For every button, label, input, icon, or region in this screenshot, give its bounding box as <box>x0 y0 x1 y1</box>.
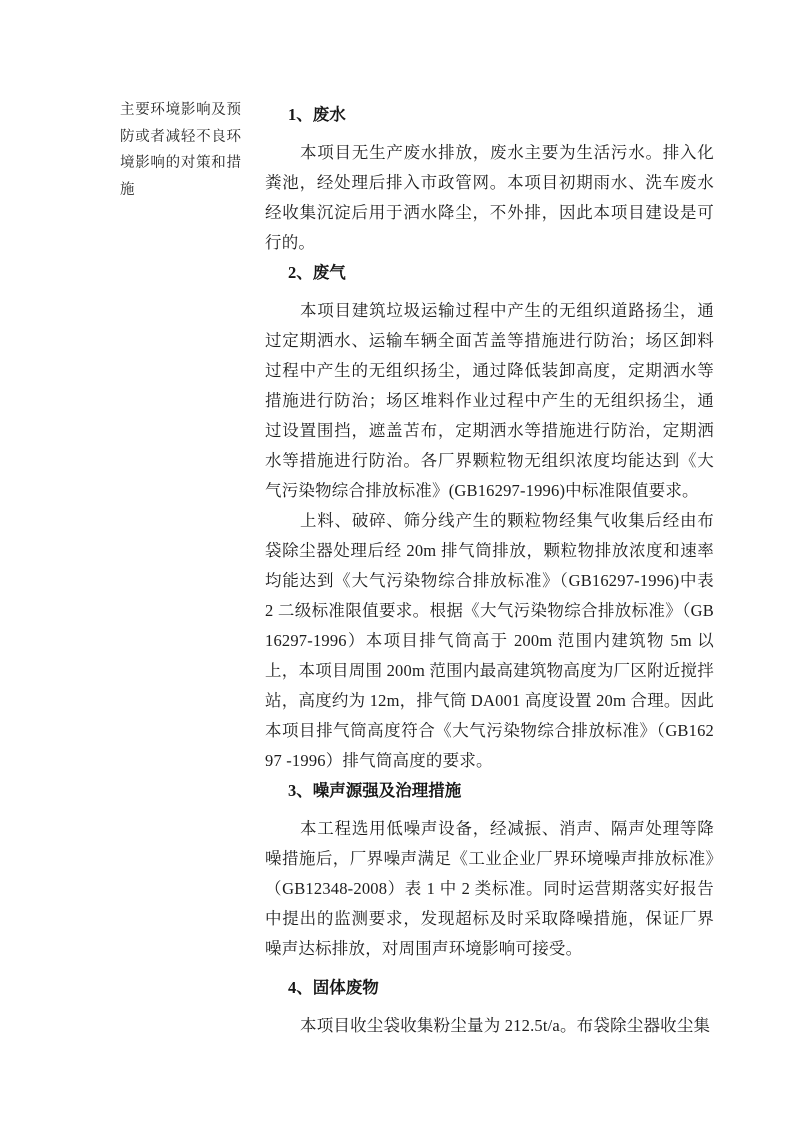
paragraph-noise-1: 本工程选用低噪声设备，经减振、消声、隔声处理等降噪措施后，厂界噪声满足《工业企业… <box>265 814 714 964</box>
section-heading-noise: 3、噪声源强及治理措施 <box>265 776 714 806</box>
section-heading-wastewater: 1、废水 <box>265 100 714 130</box>
paragraph-solid-waste-1: 本项目收尘袋收集粉尘量为 212.5t/a。布袋除尘器收尘集 <box>265 1011 714 1041</box>
paragraph-waste-gas-1: 本项目建筑垃圾运输过程中产生的无组织道路扬尘，通过定期洒水、运输车辆全面苫盖等措… <box>265 296 714 506</box>
field-label: 主要环境影响及预防或者减轻不良环境影响的对策和措施 <box>120 97 241 203</box>
section-waste-gas: 2、废气 本项目建筑垃圾运输过程中产生的无组织道路扬尘，通过定期洒水、运输车辆全… <box>265 258 714 776</box>
section-heading-solid-waste: 4、固体废物 <box>265 973 714 1003</box>
section-wastewater: 1、废水 本项目无生产废水排放，废水主要为生活污水。排入化粪池，经处理后排入市政… <box>265 100 714 258</box>
paragraph-wastewater-1: 本项目无生产废水排放，废水主要为生活污水。排入化粪池，经处理后排入市政管网。本项… <box>265 138 714 258</box>
document-page: 主要环境影响及预防或者减轻不良环境影响的对策和措施 1、废水 本项目无生产废水排… <box>0 0 793 1122</box>
paragraph-waste-gas-2: 上料、破碎、筛分线产生的颗粒物经集气收集后经由布袋除尘器处理后经 20m 排气筒… <box>265 506 714 776</box>
field-content: 1、废水 本项目无生产废水排放，废水主要为生活污水。排入化粪池，经处理后排入市政… <box>265 100 714 1041</box>
section-solid-waste: 4、固体废物 本项目收尘袋收集粉尘量为 212.5t/a。布袋除尘器收尘集 <box>265 973 714 1041</box>
section-heading-waste-gas: 2、废气 <box>265 258 714 288</box>
section-noise: 3、噪声源强及治理措施 本工程选用低噪声设备，经减振、消声、隔声处理等降噪措施后… <box>265 776 714 964</box>
